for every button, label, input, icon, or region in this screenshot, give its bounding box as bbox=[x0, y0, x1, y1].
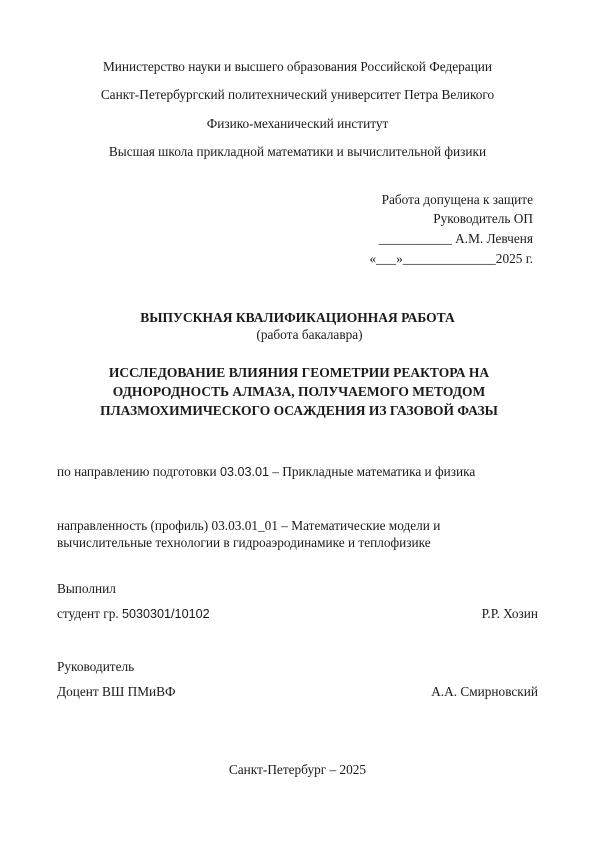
approval-date: «___»______________2025 г. bbox=[369, 252, 533, 265]
ministry-line: Министерство науки и высшего образования… bbox=[0, 60, 595, 73]
date-year: 2025 г. bbox=[496, 251, 533, 266]
author-group: 5030301/10102 bbox=[122, 607, 210, 621]
approval-signer: А.М. Левченя bbox=[455, 231, 533, 246]
direction-prefix: по направлению подготовки bbox=[57, 464, 220, 479]
direction-line: по направлению подготовки 03.03.01 – При… bbox=[57, 465, 475, 479]
direction-name: – Прикладные математика и физика bbox=[269, 464, 475, 479]
supervisor-name: А.А. Смирновский bbox=[431, 685, 538, 698]
author-position: студент гр. 5030301/10102 bbox=[57, 607, 210, 621]
institute-line: Физико-механический институт bbox=[0, 117, 595, 130]
work-type: ВЫПУСКНАЯ КВАЛИФИКАЦИОННАЯ РАБОТА bbox=[0, 311, 595, 325]
title-line: ПЛАЗМОХИМИЧЕСКОГО ОСАЖДЕНИЯ ИЗ ГАЗОВОЙ Ф… bbox=[0, 401, 595, 420]
date-month-blank: ______________ bbox=[403, 251, 496, 266]
author-name: Р.Р. Хозин bbox=[482, 607, 538, 620]
thesis-title: ИССЛЕДОВАНИЕ ВЛИЯНИЯ ГЕОМЕТРИИ РЕАКТОРА … bbox=[0, 363, 595, 420]
approval-line: Работа допущена к защите bbox=[382, 193, 533, 206]
signature-blank: ___________ bbox=[379, 231, 452, 246]
title-line: ОДНОРОДНОСТЬ АЛМАЗА, ПОЛУЧАЕМОГО МЕТОДОМ bbox=[0, 382, 595, 401]
place-year: Санкт-Петербург – 2025 bbox=[0, 763, 595, 776]
title-line: ИССЛЕДОВАНИЕ ВЛИЯНИЯ ГЕОМЕТРИИ РЕАКТОРА … bbox=[0, 363, 595, 382]
work-subtype: (работа бакалавра) bbox=[12, 328, 595, 341]
author-label: Выполнил bbox=[57, 582, 116, 595]
university-line: Санкт-Петербургский политехнический унив… bbox=[0, 88, 595, 101]
profile-line-2: вычислительные технологии в гидроаэродин… bbox=[57, 536, 431, 549]
supervisor-position: Доцент ВШ ПМиВФ bbox=[57, 685, 176, 698]
author-position-prefix: студент гр. bbox=[57, 606, 122, 621]
approval-role: Руководитель ОП bbox=[433, 212, 533, 225]
date-day-blank: «___» bbox=[369, 251, 402, 266]
direction-code: 03.03.01 bbox=[220, 465, 269, 479]
supervisor-label: Руководитель bbox=[57, 660, 134, 673]
approval-signature: ___________ А.М. Левченя bbox=[379, 232, 533, 245]
school-line: Высшая школа прикладной математики и выч… bbox=[0, 145, 595, 158]
profile-line-1: направленность (профиль) 03.03.01_01 – М… bbox=[57, 519, 440, 532]
